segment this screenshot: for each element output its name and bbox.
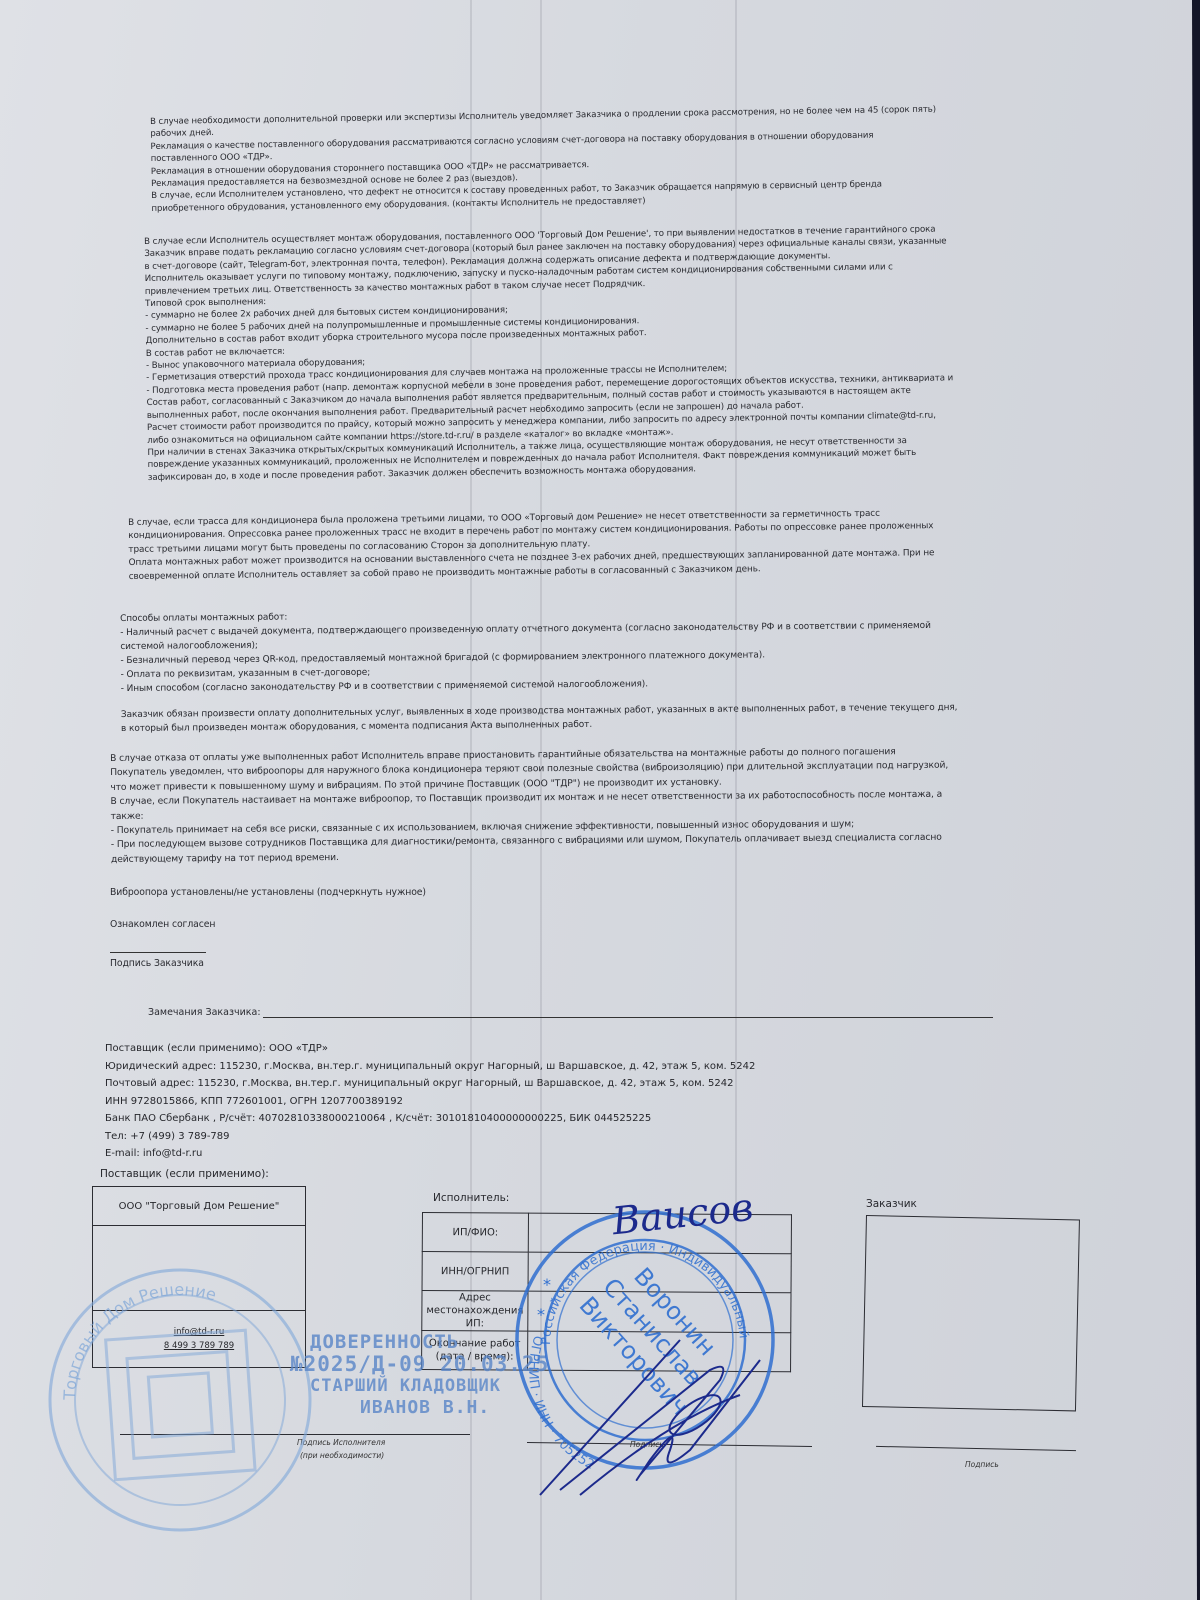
supplier-signature-caption: Подпись Исполнителя <box>297 1438 385 1447</box>
executor-box-label: Исполнитель: <box>433 1192 509 1204</box>
vibration-mounts-paragraph: В случае отказа от оплаты уже выполненны… <box>110 745 949 868</box>
executor-signature-line[interactable] <box>527 1442 812 1447</box>
customer-signature-caption: Подпись <box>965 1460 999 1469</box>
requisite-line: Поставщик (если применимо): ООО «ТДР» <box>105 1040 755 1058</box>
vibro-note: Виброопора установлены/не установлены (п… <box>110 886 426 900</box>
remarks-line[interactable] <box>263 1007 993 1018</box>
supplier-stamp-area <box>93 1226 306 1311</box>
acknowledged-text: Ознакомлен согласен <box>110 918 426 932</box>
executor-row: ИНН/ОГРНИП <box>422 1252 791 1293</box>
executor-row-value[interactable] <box>528 1291 791 1333</box>
customer-remarks-field[interactable]: Замечания Заказчика: <box>148 1007 993 1018</box>
supplier-signature-caption2: (при необходимости) <box>300 1451 384 1460</box>
requisite-line: Банк ПАО Сбербанк , Р/счёт: 407028103380… <box>105 1110 755 1128</box>
executor-row-value[interactable] <box>528 1213 791 1254</box>
requisite-line: Юридический адрес: 115230, г.Москва, вн.… <box>105 1058 755 1076</box>
executor-row: Адрес местонахождения ИП: <box>422 1291 791 1333</box>
customer-stamp-box[interactable] <box>862 1215 1080 1411</box>
supplier-company: ООО "Торговый Дом Решение" <box>93 1187 306 1226</box>
supplier-contacts: info@td-r.ru 8 499 3 789 789 <box>93 1311 306 1368</box>
payment-methods-paragraph: Способы оплаты монтажных работ:- Наличны… <box>120 605 958 736</box>
executor-row: ИП/ФИО: <box>422 1213 791 1254</box>
remarks-label: Замечания Заказчика: <box>148 1007 261 1018</box>
customer-signature-line[interactable] <box>110 952 206 953</box>
supplier-email-link[interactable]: info@td-r.ru <box>97 1325 301 1339</box>
executor-row-label: Адрес местонахождения ИП: <box>422 1291 528 1332</box>
executor-row-label: ИНН/ОГРНИП <box>422 1252 528 1292</box>
customer-signature-line-2[interactable] <box>876 1446 1076 1451</box>
supplier-signature-line[interactable] <box>120 1434 470 1435</box>
executor-signature-caption: Подпись <box>630 1440 664 1449</box>
executor-row-value[interactable] <box>528 1331 791 1372</box>
supplier-box-label: Поставщик (если применимо): <box>100 1168 269 1180</box>
executor-row-label: ИП/ФИО: <box>422 1213 528 1253</box>
third-party-lines-paragraph: В случае, если трасса для кондиционера б… <box>128 507 935 584</box>
requisite-line: ИНН 9728015866, КПП 772601001, ОГРН 1207… <box>105 1093 755 1111</box>
requisite-line: Тел: +7 (499) 3 789-789 <box>105 1128 755 1146</box>
customer-signature-label: Подпись Заказчика <box>110 957 426 971</box>
executor-row-value[interactable] <box>528 1252 791 1293</box>
requisite-line: E-mail: info@td-r.ru <box>105 1145 755 1163</box>
installation-terms-paragraph: В случае если Исполнитель осуществляет м… <box>144 223 955 484</box>
warranty-claims-paragraph: В случае необходимости дополнительной пр… <box>150 104 937 216</box>
supplier-requisites: Поставщик (если применимо): ООО «ТДР»Юри… <box>105 1040 755 1163</box>
requisite-line: Почтовый адрес: 115230, г.Москва, вн.тер… <box>105 1075 755 1093</box>
customer-box-label: Заказчик <box>866 1198 917 1210</box>
document-page: В случае необходимости дополнительной пр… <box>0 0 1200 1600</box>
power-of-attorney-stamp: ДОВЕРЕННОСТЬ №2025/Д-09 20.03.25 СТАРШИЙ… <box>310 1331 549 1419</box>
acknowledgement-section: Виброопора установлены/не установлены (п… <box>110 886 426 971</box>
supplier-box: ООО "Торговый Дом Решение" info@td-r.ru … <box>92 1186 306 1368</box>
background-edge <box>1140 0 1200 1600</box>
supplier-phone: 8 499 3 789 789 <box>97 1339 301 1353</box>
